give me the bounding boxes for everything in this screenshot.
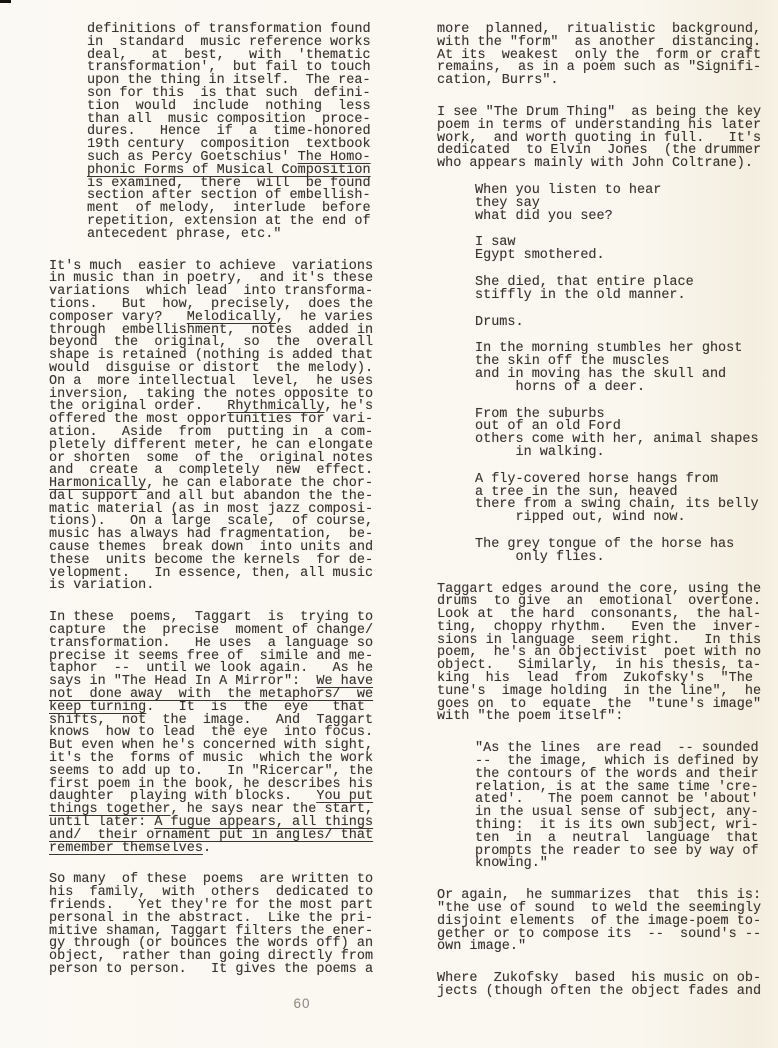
underlined-text: remember themselves: [49, 841, 203, 856]
paragraph: It's much easier to achieve variationsin…: [49, 261, 379, 594]
scanned-page: definitions of transformation foundin st…: [0, 0, 778, 1048]
text-line: horns of a deer.: [475, 382, 767, 395]
poem-stanza: When you listen to hearthey saywhat did …: [437, 185, 767, 223]
text-line: cation, Burrs".: [437, 75, 767, 88]
text-line: person to person. It gives the poems a: [49, 964, 379, 977]
text-line: Egypt smothered.: [475, 250, 767, 263]
scan-edge-mark: [0, 0, 11, 3]
paragraph: more planned, ritualistic background,wit…: [437, 24, 767, 88]
page-number: 60: [262, 996, 342, 1011]
text-line: stiffly in the old manner.: [475, 290, 767, 303]
poem-stanza: In the morning stumbles her ghostthe ski…: [437, 343, 767, 394]
blockquote: "As the lines are read -- sounded-- the …: [437, 743, 767, 871]
column-right: more planned, ritualistic background,wit…: [437, 24, 767, 999]
text-line: with "the poem itself":: [437, 711, 767, 724]
paragraph: So many of these poems are written tohis…: [49, 874, 379, 976]
text-line: antecedent phrase, etc.": [87, 229, 379, 242]
text-line: ripped out, wind now.: [475, 512, 767, 525]
text-line: only flies.: [475, 552, 767, 565]
poem-stanza: Drums.: [437, 317, 767, 330]
poem-stanza: A fly-covered horse hangs froma tree in …: [437, 474, 767, 525]
paragraph: Taggart edges around the core, using the…: [437, 584, 767, 725]
text-line: jects (though often the object fades and: [437, 986, 767, 999]
text-line: in walking.: [475, 447, 767, 460]
paragraph: Where Zukofsky based his music on ob-jec…: [437, 973, 767, 999]
paragraph: I see "The Drum Thing" as being the keyp…: [437, 107, 767, 171]
poem-stanza: I sawEgypt smothered.: [437, 237, 767, 263]
poem-stanza: From the suburbsout of an old Fordothers…: [437, 409, 767, 460]
paragraph: Or again, he summarizes that this is:"th…: [437, 890, 767, 954]
text-line: what did you see?: [475, 211, 767, 224]
text-line: remember themselves.: [49, 843, 379, 856]
poem-stanza: She died, that entire placestiffly in th…: [437, 277, 767, 303]
text-line: Drums.: [475, 317, 767, 330]
text-line: knowing.": [475, 858, 767, 871]
text-line: is variation.: [49, 580, 379, 593]
column-left: definitions of transformation foundin st…: [49, 24, 379, 977]
text-line: who appears mainly with John Coltrane).: [437, 158, 767, 171]
text-line: own image.": [437, 941, 767, 954]
text-segment: .: [203, 841, 211, 856]
poem-stanza: The grey tongue of the horse has only fl…: [437, 539, 767, 565]
paragraph: In these poems, Taggart is trying tocapt…: [49, 612, 379, 855]
blockquote: definitions of transformation foundin st…: [49, 24, 379, 242]
